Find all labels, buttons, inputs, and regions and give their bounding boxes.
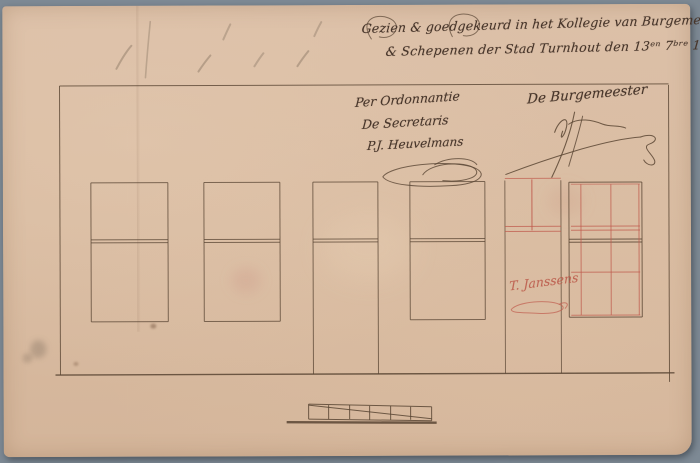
drawing-stroke [56,373,675,375]
elevation-drawing [2,4,692,457]
pencil-mark [116,46,131,69]
pencil-mark [254,53,263,66]
ink-flourish [383,163,481,186]
pencil-mark [314,22,321,36]
ink-flourish [641,135,656,165]
ink-flourish [511,302,563,314]
pencil-mark [145,22,150,78]
pencil-mark [198,55,210,71]
paper-sheet: Gezien & goedgekeurd in het Kollegie van… [2,4,692,457]
pencil-mark [223,24,230,39]
ink-flourish [555,120,567,137]
ink-flourish [569,120,626,128]
drawing-stroke [505,180,506,373]
ink-flourish [552,112,575,177]
ink-flourish [506,137,641,174]
drawing-stroke [287,422,437,424]
drawing-stroke [378,182,379,374]
ink-flourish [569,116,583,166]
pencil-mark [297,51,308,66]
drawing-stroke [313,182,314,374]
drawing-stroke [668,85,669,382]
drawing-stroke [59,84,668,86]
scanned-document: Gezien & goedgekeurd in het Kollegie van… [0,0,700,463]
drawing-stroke [59,86,60,375]
